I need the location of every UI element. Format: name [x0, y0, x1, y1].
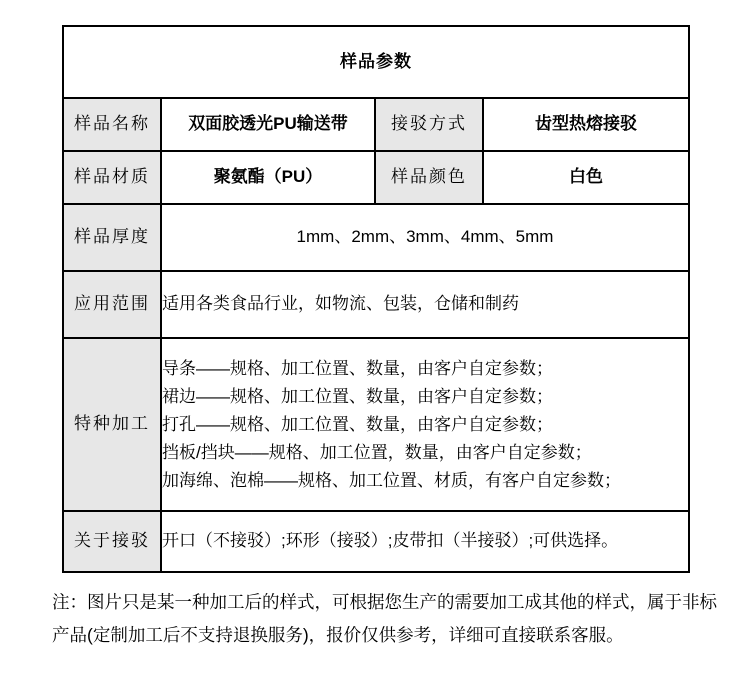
page: 样品参数 样品名称 双面胶透光PU输送带 接驳方式 齿型热熔接驳 样品材质 聚氨… [0, 0, 750, 679]
row-about-joint: 关于接驳 开口（不接驳）;环形（接驳）;皮带扣（半接驳）;可供选择。 [63, 511, 689, 572]
label-about-joint: 关于接驳 [63, 511, 161, 572]
value-special-processing: 导条——规格、加工位置、数量，由客户自定参数； 裙边——规格、加工位置、数量，由… [161, 338, 689, 511]
label-special-processing: 特种加工 [63, 338, 161, 511]
value-application-range: 适用各类食品行业，如物流、包装，仓储和制药 [161, 271, 689, 338]
label-sample-material: 样品材质 [63, 151, 161, 204]
row-sample-material: 样品材质 聚氨酯（PU） 样品颜色 白色 [63, 151, 689, 204]
label-sample-color: 样品颜色 [375, 151, 483, 204]
special-processing-line: 裙边——规格、加工位置、数量，由客户自定参数； [162, 383, 688, 411]
footnote-line: 注：图片只是某一种加工后的样式，可根据您生产的需要加工成其他的样式，属于非标 [52, 586, 712, 619]
table-title: 样品参数 [63, 26, 689, 98]
special-processing-line: 打孔——规格、加工位置、数量，由客户自定参数； [162, 411, 688, 439]
value-sample-color: 白色 [483, 151, 689, 204]
footnote-line: 产品(定制加工后不支持退换服务)，报价仅供参考，详细可直接联系客服。 [52, 619, 712, 652]
special-processing-line: 导条——规格、加工位置、数量，由客户自定参数； [162, 355, 688, 383]
label-sample-name: 样品名称 [63, 98, 161, 151]
row-application-range: 应用范围 适用各类食品行业，如物流、包装，仓储和制药 [63, 271, 689, 338]
label-joint-method: 接驳方式 [375, 98, 483, 151]
value-sample-material: 聚氨酯（PU） [161, 151, 375, 204]
value-sample-name: 双面胶透光PU输送带 [161, 98, 375, 151]
special-processing-line: 加海绵、泡棉——规格、加工位置、材质，有客户自定参数； [162, 467, 688, 495]
spec-table: 样品参数 样品名称 双面胶透光PU输送带 接驳方式 齿型热熔接驳 样品材质 聚氨… [62, 25, 690, 573]
row-special-processing: 特种加工 导条——规格、加工位置、数量，由客户自定参数； 裙边——规格、加工位置… [63, 338, 689, 511]
title-row: 样品参数 [63, 26, 689, 98]
label-application-range: 应用范围 [63, 271, 161, 338]
value-joint-method: 齿型热熔接驳 [483, 98, 689, 151]
label-sample-thickness: 样品厚度 [63, 204, 161, 271]
row-sample-thickness: 样品厚度 1mm、2mm、3mm、4mm、5mm [63, 204, 689, 271]
footnote: 注：图片只是某一种加工后的样式，可根据您生产的需要加工成其他的样式，属于非标 产… [52, 586, 712, 652]
value-sample-thickness: 1mm、2mm、3mm、4mm、5mm [161, 204, 689, 271]
row-sample-name: 样品名称 双面胶透光PU输送带 接驳方式 齿型热熔接驳 [63, 98, 689, 151]
value-about-joint: 开口（不接驳）;环形（接驳）;皮带扣（半接驳）;可供选择。 [161, 511, 689, 572]
special-processing-line: 挡板/挡块——规格、加工位置，数量，由客户自定参数； [162, 439, 688, 467]
